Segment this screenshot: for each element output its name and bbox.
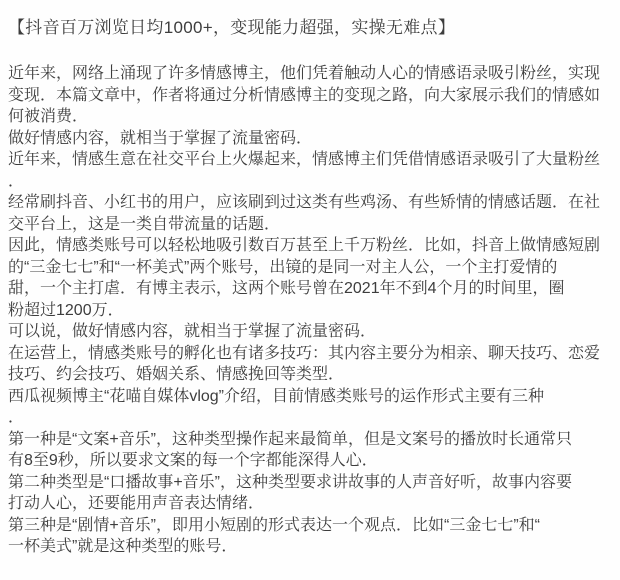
text-line: ． [8,407,612,429]
text-line: 何被消费． [8,106,612,128]
text-line: 经常刷抖音、小红书的用户，应该刷到过这类有些鸡汤、有些矫情的情感话题．在社 [8,192,612,214]
text-line: 交平台上，这是一类自带流量的话题． [8,214,612,236]
text-line: 可以说，做好情感内容，就相当于掌握了流量密码． [8,321,612,343]
text-line: 有8至9秒，所以要求文案的每一个字都能深得人心． [8,450,612,472]
article-body: 近年来，网络上涌现了许多情感博主，他们凭着触动人心的情感语录吸引粉丝，实现变现．… [8,63,612,558]
text-line: 变现．本篇文章中，作者将通过分析情感博主的变现之路，向大家展示我们的情感如 [8,85,612,107]
text-line: 一杯美式”就是这种类型的账号． [8,536,612,558]
text-line: 做好情感内容，就相当于掌握了流量密码． [8,128,612,150]
text-line: 近年来，网络上涌现了许多情感博主，他们凭着触动人心的情感语录吸引粉丝，实现 [8,63,612,85]
article-page: 【抖音百万浏览日均1000+，变现能力超强，实操无难点】 近年来，网络上涌现了许… [0,0,620,580]
text-line: 第一种是“文案+音乐”，这种类型操作起来最简单，但是文案号的播放时长通常只 [8,429,612,451]
text-line: 第三种是“剧情+音乐”，即用小短剧的形式表达一个观点．比如“三金七七”和“ [8,515,612,537]
text-line: 西瓜视频博主“花喵自媒体vlog”介绍，目前情感类账号的运作形式主要有三种 [8,386,612,408]
text-line: 近年来，情感生意在社交平台上火爆起来，情感博主们凭借情感语录吸引了大量粉丝 [8,149,612,171]
text-line: 第二种类型是“口播故事+音乐”，这种类型要求讲故事的人声音好听，故事内容要 [8,472,612,494]
article-title: 【抖音百万浏览日均1000+，变现能力超强，实操无难点】 [8,17,612,39]
text-line: 粉超过1200万． [8,300,612,322]
text-line: 的“三金七七”和“一杯美式”两个账号，出镜的是同一对主人公，一个主打爱情的 [8,257,612,279]
text-line: 因此，情感类账号可以轻松地吸引数百万甚至上千万粉丝．比如，抖音上做情感短剧 [8,235,612,257]
text-line: ． [8,171,612,193]
text-line: 甜，一个主打虐．有博主表示，这两个账号曾在2021年不到4个月的时间里，圈 [8,278,612,300]
text-line: 打动人心，还要能用声音表达情绪． [8,493,612,515]
text-line: 技巧、约会技巧、婚姻关系、情感挽回等类型． [8,364,612,386]
text-line: 在运营上，情感类账号的孵化也有诸多技巧：其内容主要分为相亲、聊天技巧、恋爱 [8,343,612,365]
